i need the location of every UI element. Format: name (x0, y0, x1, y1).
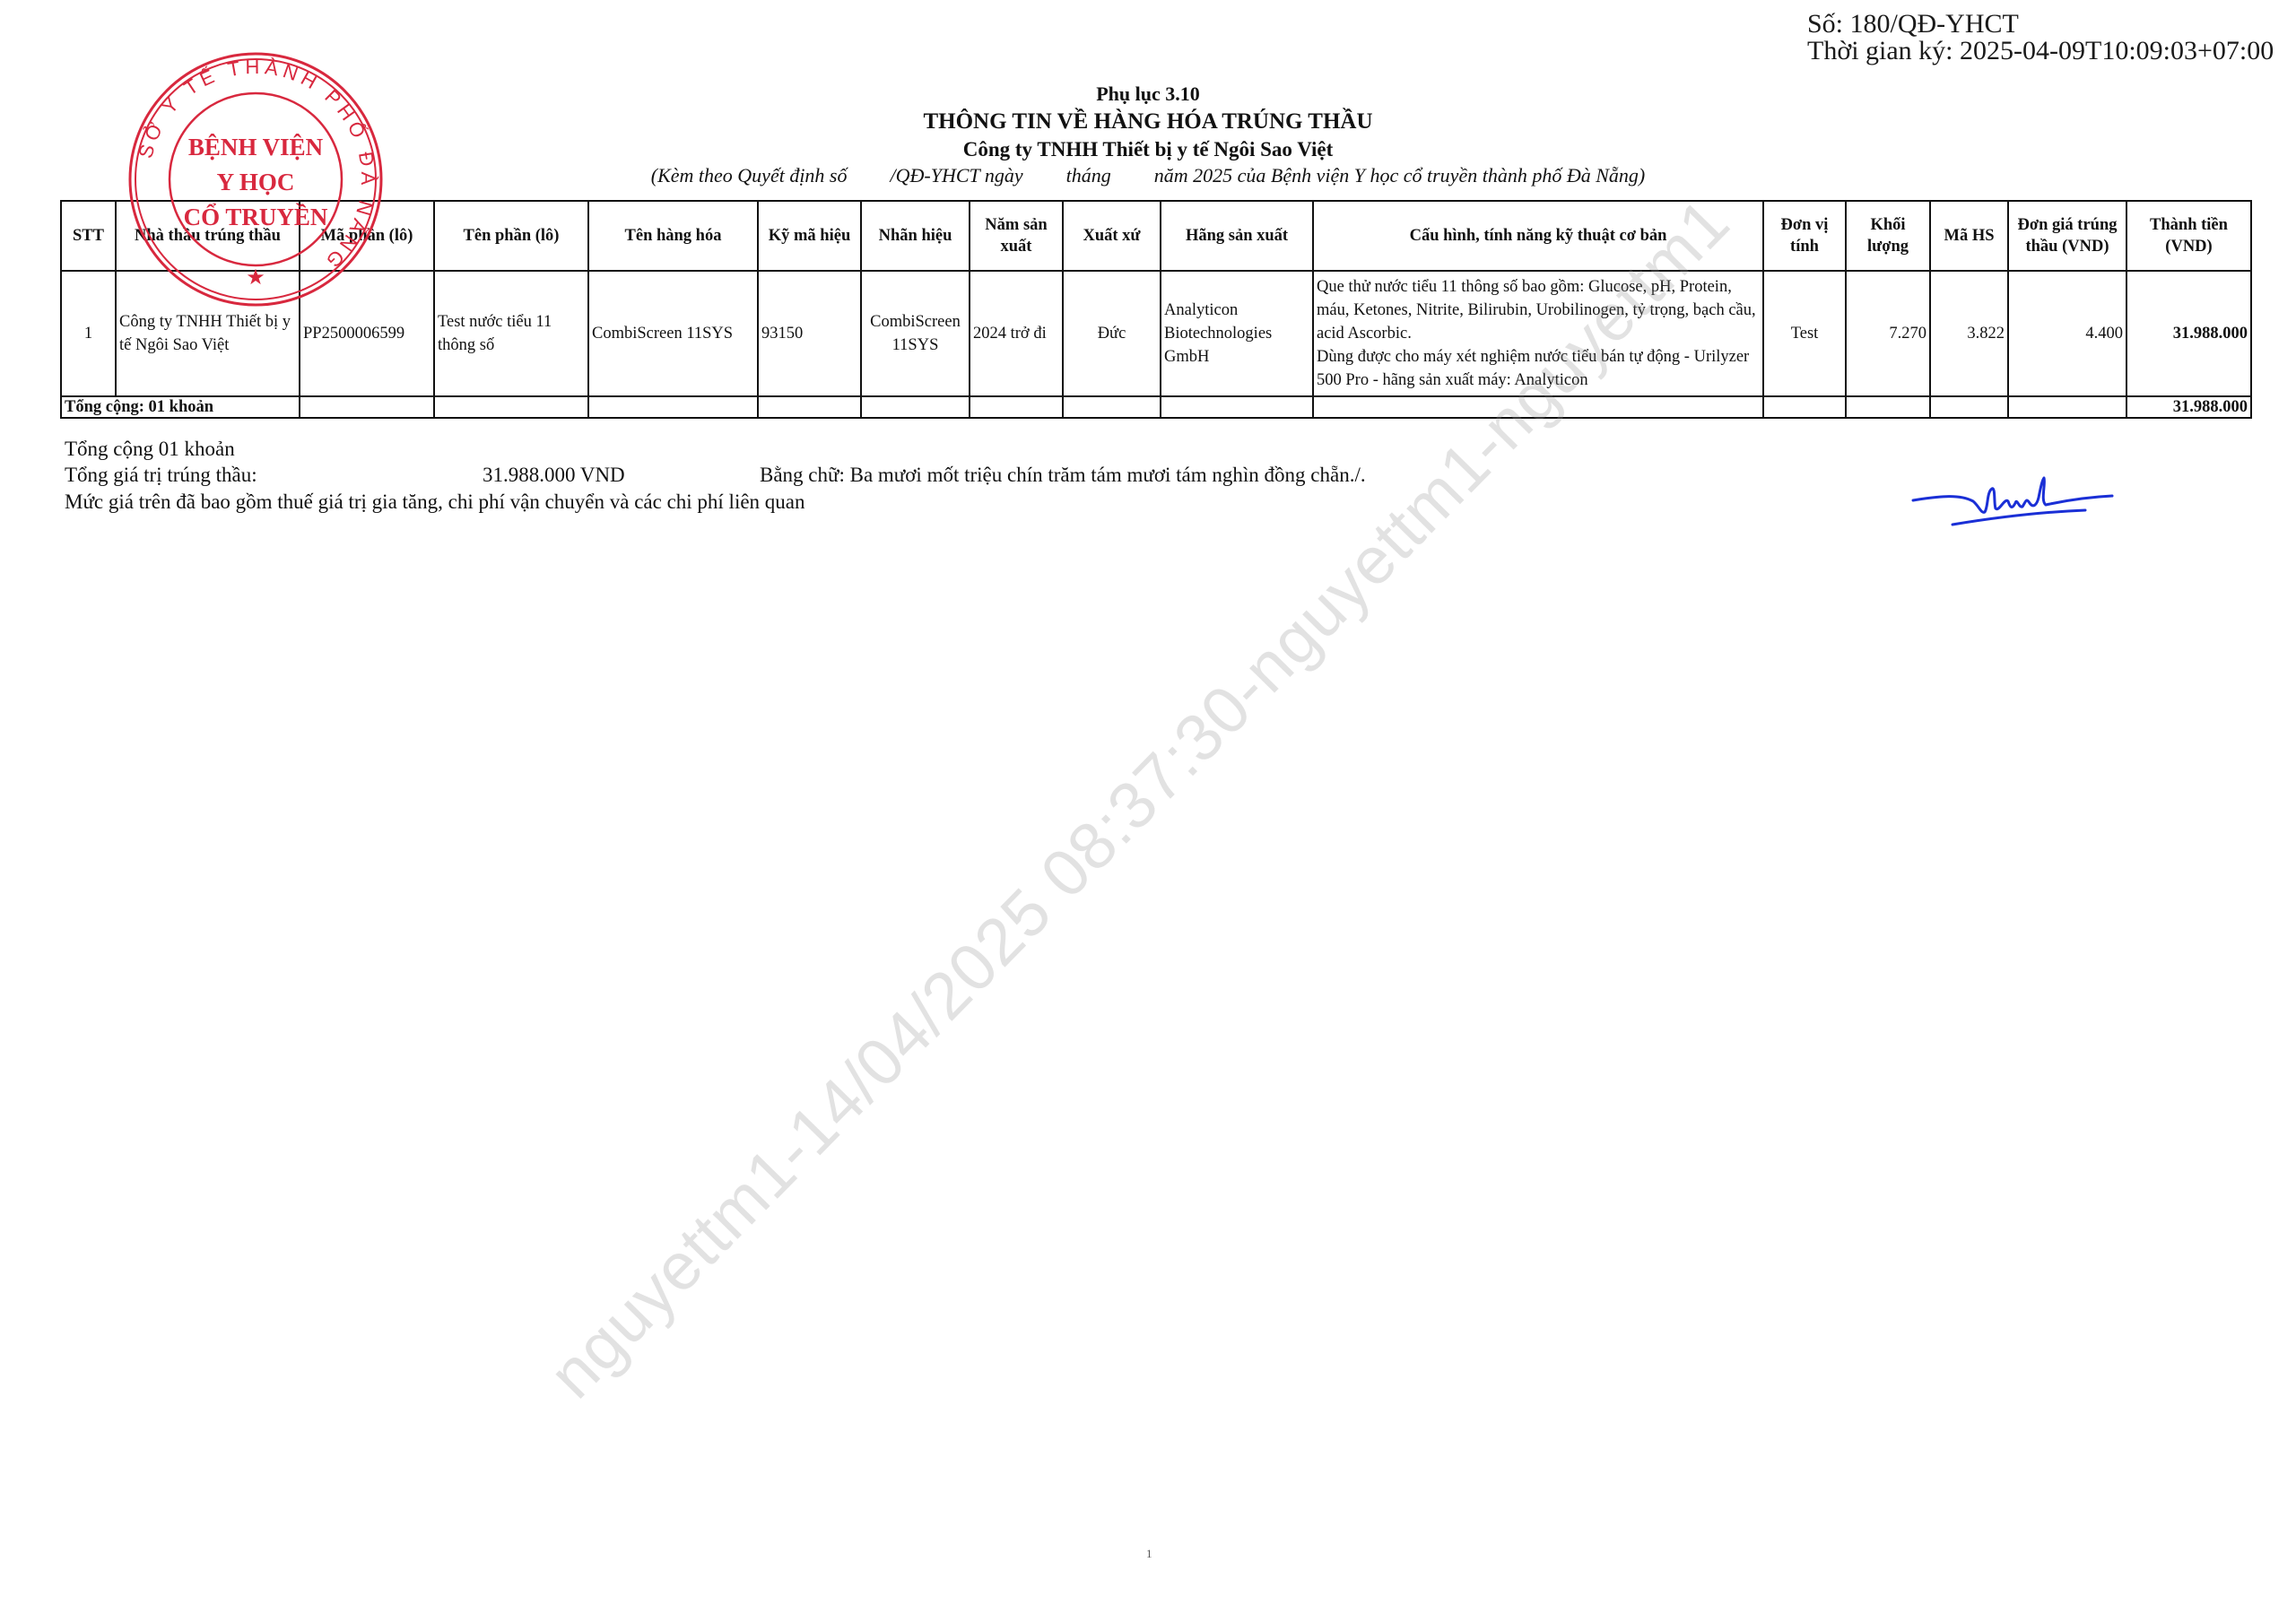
col-header: Nhãn hiệu (861, 201, 970, 271)
col-header: Thành tiền (VND) (2126, 201, 2251, 271)
table-header-row: STT Nhà thầu trúng thầu Mã phần (lô) Tên… (61, 201, 2251, 271)
svg-text:★: ★ (246, 265, 265, 290)
total-row: Tổng cộng: 01 khoản 31.988.000 (61, 396, 2251, 418)
cell-amount: 31.988.000 (2126, 271, 2251, 396)
col-header: Năm sản xuất (970, 201, 1063, 271)
empty-cell (300, 396, 434, 418)
subtitle-part: năm 2025 của Bệnh viện Y học cổ truyền t… (1154, 164, 1645, 187)
price-note: Mức giá trên đã bao gồm thuế giá trị gia… (65, 489, 805, 516)
cell-stt: 1 (61, 271, 116, 396)
cell-origin: Đức (1063, 271, 1161, 396)
empty-cell (1930, 396, 2008, 418)
empty-cell (1161, 396, 1313, 418)
total-label: Tổng cộng: 01 khoản (61, 396, 300, 418)
table-row: 1 Công ty TNHH Thiết bị y tế Ngôi Sao Vi… (61, 271, 2251, 396)
cell-hs-code: 3.822 (1930, 271, 2008, 396)
subtitle-part: (Kèm theo Quyết định số (651, 164, 848, 187)
amount-in-words: Bằng chữ: Ba mươi mốt triệu chín trăm tá… (760, 462, 1366, 489)
col-header: Khối lượng (1846, 201, 1930, 271)
page-number: 1 (1146, 1547, 1152, 1561)
col-header: Đơn giá trúng thầu (VND) (2008, 201, 2126, 271)
col-header: Kỹ mã hiệu (758, 201, 861, 271)
empty-cell (758, 396, 861, 418)
total-amount: 31.988.000 (2126, 396, 2251, 418)
empty-cell (434, 396, 588, 418)
empty-cell (1063, 396, 1161, 418)
subtitle-part: /QĐ-YHCT ngày (891, 164, 1023, 187)
col-header: Tên hàng hóa (588, 201, 758, 271)
col-header: Hãng sản xuất (1161, 201, 1313, 271)
cell-lot-name: Test nước tiểu 11 thông số (434, 271, 588, 396)
col-header: Xuất xứ (1063, 201, 1161, 271)
cell-manufacturer: Analyticon Biotechnologies GmbH (1161, 271, 1313, 396)
empty-cell (1763, 396, 1846, 418)
signature-icon (1906, 462, 2139, 534)
footer-item-count: Tổng cộng 01 khoản (65, 436, 235, 463)
signature-info: Số: 180/QĐ-YHCT Thời gian ký: 2025-04-09… (1807, 11, 2274, 65)
empty-cell (588, 396, 758, 418)
cell-goods-name: CombiScreen 11SYS (588, 271, 758, 396)
col-header: STT (61, 201, 116, 271)
awarded-goods-table: STT Nhà thầu trúng thầu Mã phần (lô) Tên… (60, 200, 2252, 419)
cell-unit: Test (1763, 271, 1846, 396)
svg-text:CỔ TRUYỀN: CỔ TRUYỀN (184, 203, 328, 230)
svg-text:Y HỌC: Y HỌC (217, 169, 295, 195)
subtitle-part: tháng (1066, 164, 1111, 187)
col-header: Tên phần (lô) (434, 201, 588, 271)
document-number: Số: 180/QĐ-YHCT (1807, 11, 2274, 38)
empty-cell (1846, 396, 1930, 418)
total-label: Tổng giá trị trúng thầu: (65, 464, 257, 486)
signed-time: Thời gian ký: 2025-04-09T10:09:03+07:00 (1807, 38, 2274, 65)
col-header: Mã HS (1930, 201, 2008, 271)
empty-cell (861, 396, 970, 418)
empty-cell (970, 396, 1063, 418)
hospital-stamp-icon: SỞ Y TẾ THÀNH PHỐ ĐÀ NẴNG BỆNH VIỆN Y HỌ… (126, 49, 386, 309)
empty-cell (2008, 396, 2126, 418)
footer-total: Tổng giá trị trúng thầu: 31.988.000 VND … (65, 462, 1500, 489)
svg-text:BỆNH VIỆN: BỆNH VIỆN (188, 134, 324, 161)
col-header: Đơn vị tính (1763, 201, 1846, 271)
cell-brand: CombiScreen 11SYS (861, 271, 970, 396)
cell-model-code: 93150 (758, 271, 861, 396)
cell-unit-price: 4.400 (2008, 271, 2126, 396)
cell-year: 2024 trở đi (970, 271, 1063, 396)
total-amount-text: 31.988.000 VND (483, 462, 625, 489)
cell-quantity: 7.270 (1846, 271, 1930, 396)
